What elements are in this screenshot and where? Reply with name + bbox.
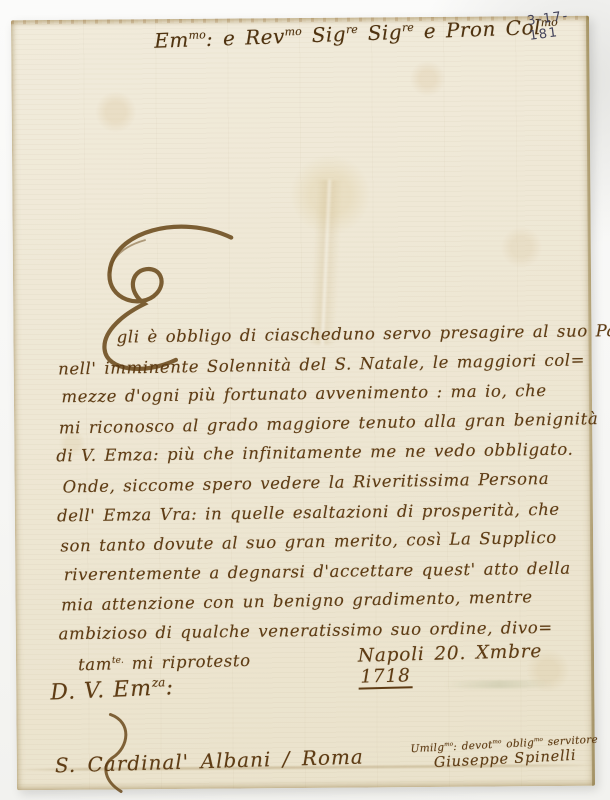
scanned-letter-page: { "document": { "archival_number": "3-17… bbox=[0, 0, 610, 800]
dateline: Napoli 20. Xmbre 1718 bbox=[358, 640, 595, 688]
closing-line: tamte. mi riprotesto bbox=[78, 651, 251, 674]
valediction: D. V. Emza: bbox=[50, 675, 175, 706]
dateline-year: 1718 bbox=[358, 665, 413, 689]
letter-sheet: Emmo: e Revmo Sigre Sigre e Pron Colmo 3… bbox=[11, 16, 595, 791]
signature-block: Umilgmo: devotmo obligmo servitore Giuse… bbox=[398, 733, 610, 773]
archival-number: 3-17-181 bbox=[526, 6, 590, 44]
dateline-place: Napoli 20. Xmbre bbox=[358, 641, 543, 667]
letter-body: gli è obbligo di ciascheduno servo presa… bbox=[55, 316, 610, 649]
